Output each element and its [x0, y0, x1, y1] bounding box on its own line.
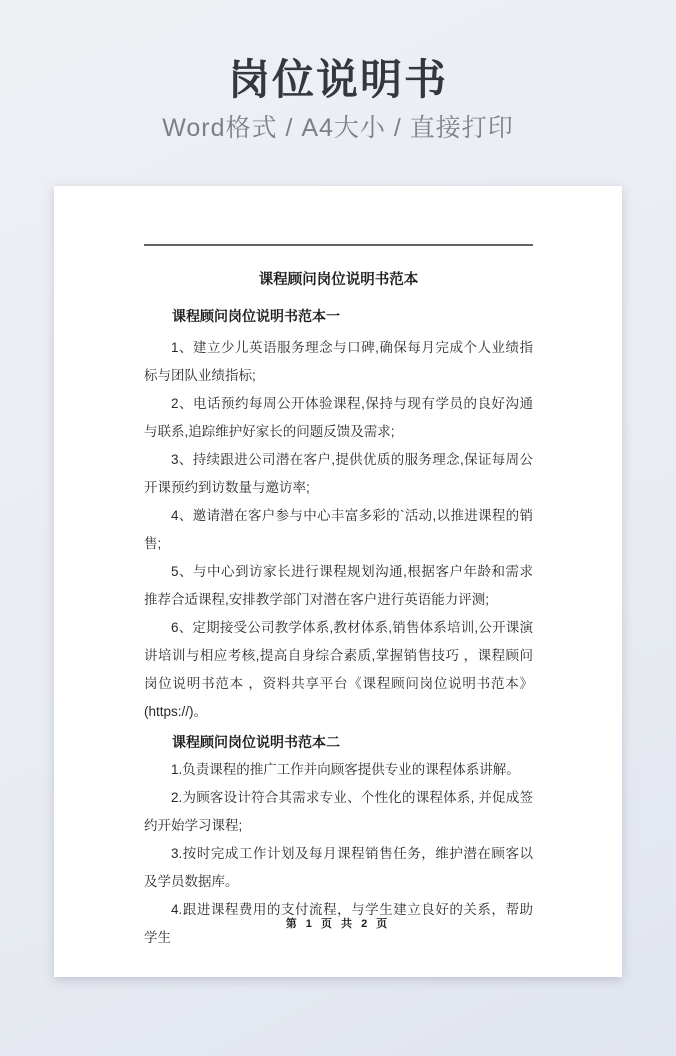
banner-header: 岗位说明书 Word格式 / A4大小 / 直接打印 — [0, 0, 676, 143]
header-divider — [144, 244, 533, 246]
section-2-paragraph-2: 2.为顾客设计符合其需求专业、个性化的课程体系, 并促成签约开始学习课程; — [144, 784, 533, 840]
page-subtitle: Word格式 / A4大小 / 直接打印 — [0, 113, 676, 143]
document-title: 课程顾问岗位说明书范本 — [144, 266, 533, 294]
section-2-paragraph-1: 1.负责课程的推广工作并向顾客提供专业的课程体系讲解。 — [144, 756, 533, 784]
section-1-paragraph-2: 2、电话预约每周公开体验课程,保持与现有学员的良好沟通与联系,追踪维护好家长的问… — [144, 390, 533, 446]
section-2-paragraph-3: 3.按时完成工作计划及每月课程销售任务，维护潜在顾客以及学员数据库。 — [144, 840, 533, 896]
page-number: 第 1 页 共 2 页 — [54, 915, 622, 931]
page-title: 岗位说明书 — [0, 56, 676, 104]
section-2-heading: 课程顾问岗位说明书范本二 — [144, 728, 533, 756]
document-page: 课程顾问岗位说明书范本 课程顾问岗位说明书范本一 1、建立少儿英语服务理念与口碑… — [54, 186, 622, 977]
section-1-paragraph-5: 5、与中心到访家长进行课程规划沟通,根据客户年龄和需求推荐合适课程,安排教学部门… — [144, 558, 533, 614]
section-1-heading: 课程顾问岗位说明书范本一 — [144, 302, 533, 330]
section-1-paragraph-4: 4、邀请潜在客户参与中心丰富多彩的`活动,以推进课程的销售; — [144, 502, 533, 558]
section-1-paragraph-1: 1、建立少儿英语服务理念与口碑,确保每月完成个人业绩指标与团队业绩指标; — [144, 334, 533, 390]
section-1-paragraph-6: 6、定期接受公司教学体系,教材体系,销售体系培训,公开课演讲培训与相应考核,提高… — [144, 614, 533, 726]
section-1-paragraph-3: 3、持续跟进公司潜在客户,提供优质的服务理念,保证每周公开课预约到访数量与邀访率… — [144, 446, 533, 502]
